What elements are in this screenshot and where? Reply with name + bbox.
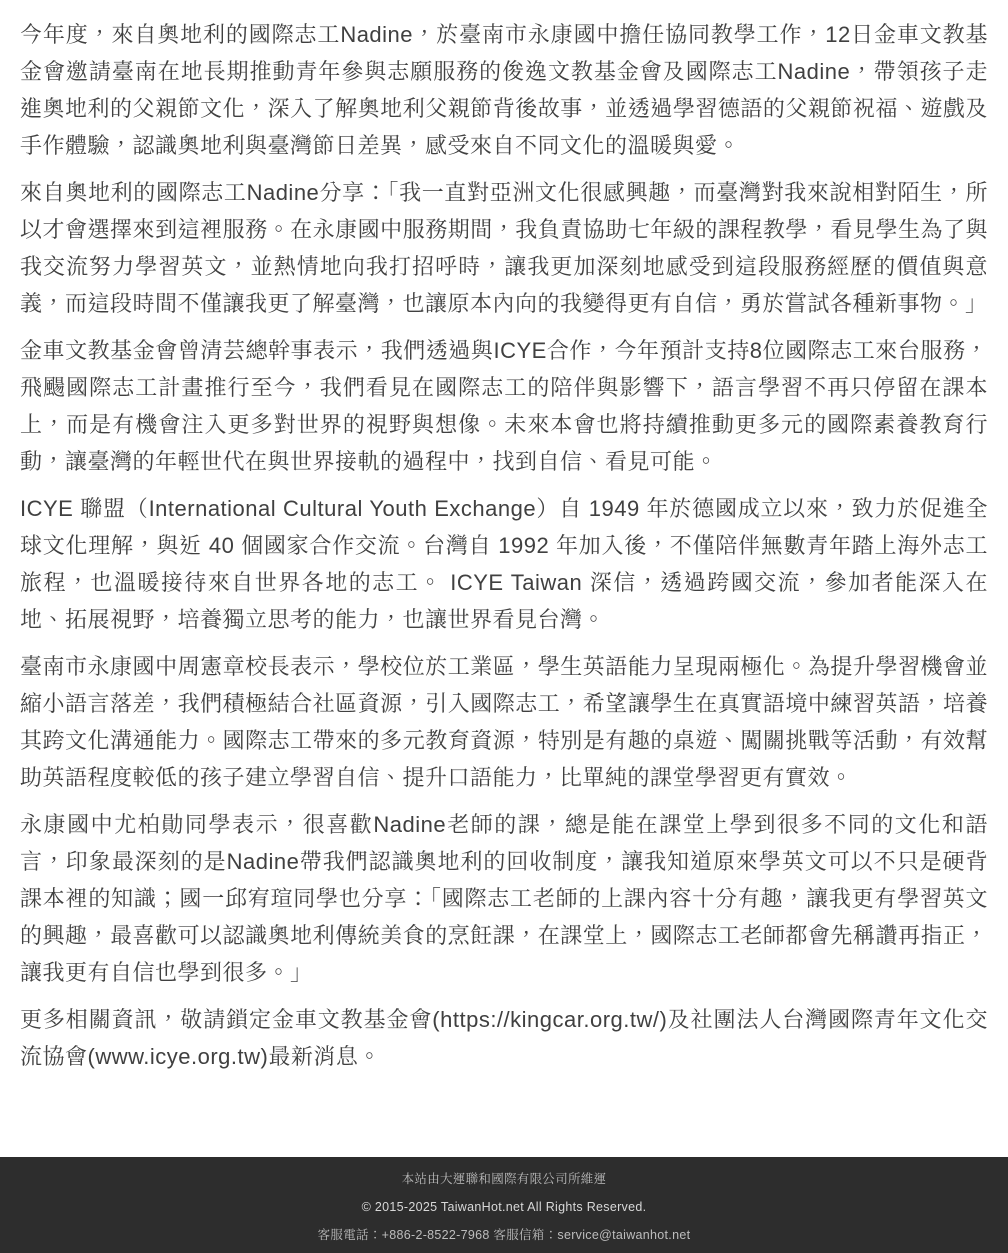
article-paragraph: 更多相關資訊，敬請鎖定金車文教基金會(https://kingcar.org.t…: [20, 1001, 988, 1075]
article-paragraph: 來自奧地利的國際志工Nadine分享：「我一直對亞洲文化很感興趣，而臺灣對我來說…: [20, 174, 988, 322]
site-footer: 本站由大運聯和國際有限公司所維運 © 2015-2025 TaiwanHot.n…: [0, 1157, 1008, 1253]
news-article: 今年度，來自奧地利的國際志工Nadine，於臺南市永康國中擔任協同教學工作，12…: [0, 0, 1008, 1157]
article-page: { "theme": { "page_background": "#ffffff…: [0, 0, 1008, 1253]
article-paragraph: 永康國中尤柏勛同學表示，很喜歡Nadine老師的課，總是能在課堂上學到很多不同的…: [20, 806, 988, 991]
footer-copyright-text: © 2015-2025 TaiwanHot.net All Rights Res…: [0, 1193, 1008, 1221]
article-paragraph: 金車文教基金會曾清芸總幹事表示，我們透過與ICYE合作，今年預計支持8位國際志工…: [20, 332, 988, 480]
footer-contact-text: 客服電話：+886-2-8522-7968 客服信箱：service@taiwa…: [0, 1221, 1008, 1249]
article-paragraph: ICYE 聯盟（International Cultural Youth Exc…: [20, 490, 988, 638]
footer-maintainer-text: 本站由大運聯和國際有限公司所維運: [0, 1165, 1008, 1193]
article-paragraph: 臺南市永康國中周憲章校長表示，學校位於工業區，學生英語能力呈現兩極化。為提升學習…: [20, 648, 988, 796]
article-paragraph: 今年度，來自奧地利的國際志工Nadine，於臺南市永康國中擔任協同教學工作，12…: [20, 16, 988, 164]
